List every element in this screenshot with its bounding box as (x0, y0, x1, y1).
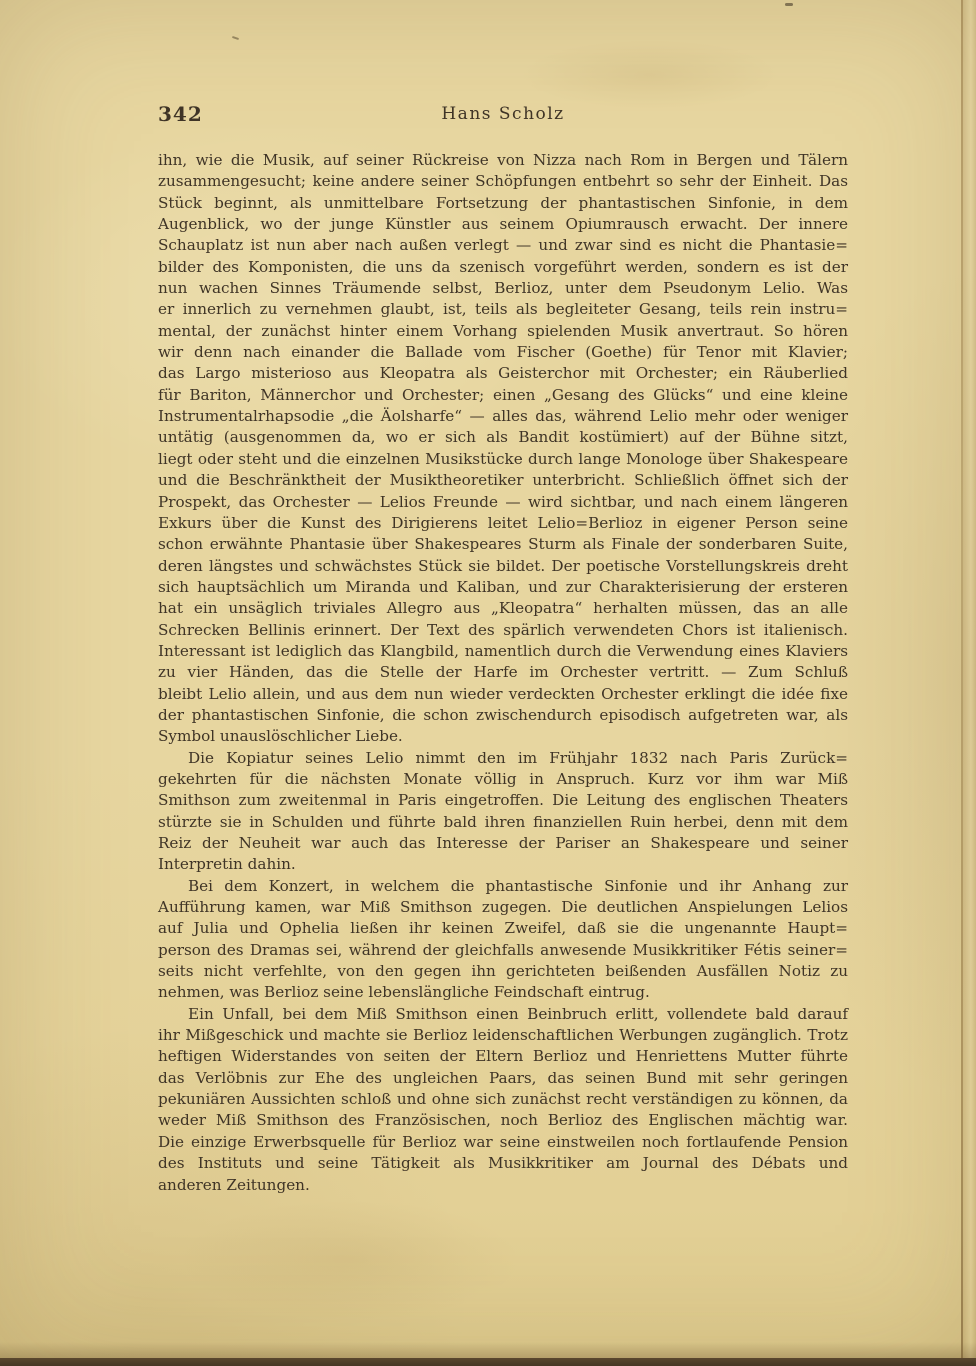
text-line: person des Dramas sei, während der gleic… (158, 940, 848, 961)
text-line: Schrecken Bellinis erinnert. Der Text de… (158, 620, 848, 641)
text-line: Prospekt, das Orchester — Lelios Freunde… (158, 492, 848, 513)
text-line: heftigen Widerstandes von seiten der Elt… (158, 1046, 848, 1067)
text-line: Instrumentalrhapsodie „die Äolsharfe“ — … (158, 406, 848, 427)
text-line: Schauplatz ist nun aber nach außen verle… (158, 235, 848, 256)
bottom-scan-band (0, 1358, 976, 1366)
text-line: gekehrten für die nächsten Monate völlig… (158, 769, 848, 790)
text-line: nehmen, was Berlioz seine lebenslänglich… (158, 982, 848, 1003)
text-line: stürzte sie in Schulden und führte bald … (158, 812, 848, 833)
text-line: seits nicht verfehlte, von den gegen ihn… (158, 961, 848, 982)
text-line: nun wachen Sinnes Träumende selbst, Berl… (158, 278, 848, 299)
text-line: Reiz der Neuheit war auch das Interesse … (158, 833, 848, 854)
text-line: Stück beginnt, als unmittelbare Fortsetz… (158, 193, 848, 214)
book-page: 342 Hans Scholz ihn, wie die Musik, auf … (0, 0, 976, 1366)
text-line: zu vier Händen, das die Stelle der Harfe… (158, 662, 848, 683)
paper-stain (520, 40, 780, 110)
text-line: anderen Zeitungen. (158, 1175, 848, 1196)
text-line: Augenblick, wo der junge Künstler aus se… (158, 214, 848, 235)
text-line: und die Beschränktheit der Musiktheoreti… (158, 470, 848, 491)
text-line: untätig (ausgenommen da, wo er sich als … (158, 427, 848, 448)
page-header: 342 Hans Scholz (158, 102, 848, 128)
text-line: Smithson zum zweitenmal in Paris eingetr… (158, 790, 848, 811)
text-line: liegt oder steht und die einzelnen Musik… (158, 449, 848, 470)
text-line: deren längstes und schwächstes Stück sie… (158, 556, 848, 577)
text-line: bleibt Lelio allein, und aus dem nun wie… (158, 684, 848, 705)
page-edge-strip (963, 0, 976, 1366)
text-line: sich hauptsächlich um Miranda und Kaliba… (158, 577, 848, 598)
paper-stain (180, 1200, 520, 1320)
page-body: ihn, wie die Musik, auf seiner Rückreise… (158, 150, 848, 1196)
text-line: das Verlöbnis zur Ehe des ungleichen Paa… (158, 1068, 848, 1089)
text-line: Ein Unfall, bei dem Miß Smithson einen B… (158, 1004, 848, 1025)
text-line: ihr Mißgeschick und machte sie Berlioz l… (158, 1025, 848, 1046)
text-line: Die Kopiatur seines Lelio nimmt den im F… (158, 748, 848, 769)
paper-speck (232, 36, 239, 40)
text-line: Exkurs über die Kunst des Dirigierens le… (158, 513, 848, 534)
running-header: Hans Scholz (158, 104, 848, 124)
text-line: er innerlich zu vernehmen glaubt, ist, t… (158, 299, 848, 320)
text-line: weder Miß Smithson des Französischen, no… (158, 1110, 848, 1131)
text-line: Symbol unauslöschlicher Liebe. (158, 726, 848, 747)
paper-speck (785, 3, 793, 6)
text-line: das Largo misterioso aus Kleopatra als G… (158, 363, 848, 384)
text-line: pekuniären Aussichten schloß und ohne si… (158, 1089, 848, 1110)
text-line: bilder des Komponisten, die uns da szeni… (158, 257, 848, 278)
text-line: zusammengesucht; keine andere seiner Sch… (158, 171, 848, 192)
text-line: auf Julia und Ophelia ließen ihr keinen … (158, 918, 848, 939)
text-line: mental, der zunächst hinter einem Vorhan… (158, 321, 848, 342)
text-line: Bei dem Konzert, in welchem die phantast… (158, 876, 848, 897)
text-line: ihn, wie die Musik, auf seiner Rückreise… (158, 150, 848, 171)
text-line: Interpretin dahin. (158, 854, 848, 875)
bottom-scan-shade (0, 1342, 976, 1358)
text-line: schon erwähnte Phantasie über Shakespear… (158, 534, 848, 555)
text-line: Die einzige Erwerbsquelle für Berlioz wa… (158, 1132, 848, 1153)
text-line: hat ein unsäglich triviales Allegro aus … (158, 598, 848, 619)
text-line: für Bariton, Männerchor und Orchester; e… (158, 385, 848, 406)
text-line: des Instituts und seine Tätigkeit als Mu… (158, 1153, 848, 1174)
text-line: wir denn nach einander die Ballade vom F… (158, 342, 848, 363)
text-line: der phantastischen Sinfonie, die schon z… (158, 705, 848, 726)
text-line: Aufführung kamen, war Miß Smithson zugeg… (158, 897, 848, 918)
text-line: Interessant ist lediglich das Klangbild,… (158, 641, 848, 662)
